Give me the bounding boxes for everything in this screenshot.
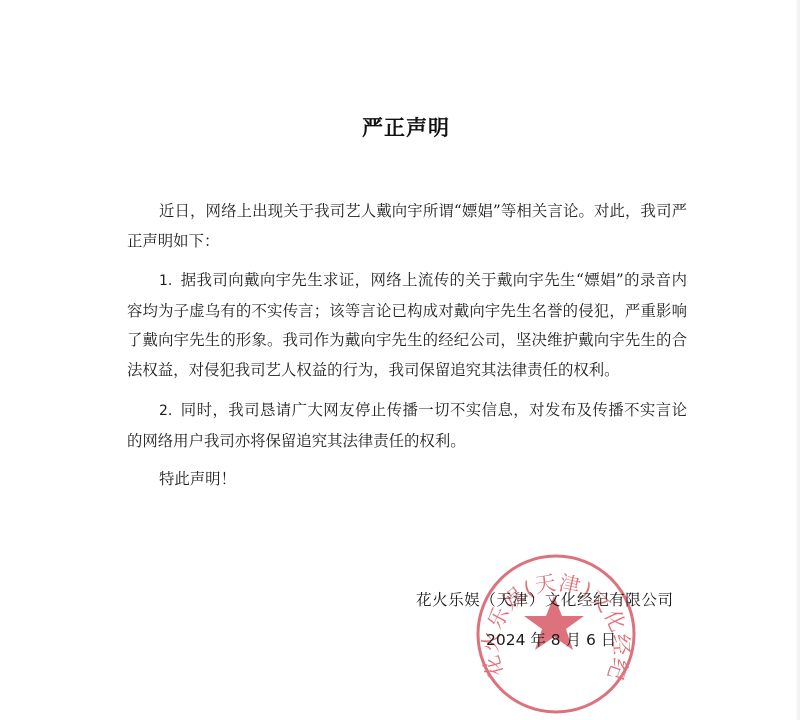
statement-item-1: 1.据我司向戴向宇先生求证，网络上流传的关于戴向宇先生“嫖娼”的录音内容均为子虚…	[127, 266, 687, 385]
page-edge	[796, 0, 800, 720]
closing-line: 特此声明！	[127, 465, 687, 495]
item-number: 2.	[159, 403, 172, 419]
intro-paragraph: 近日，网络上出现关于我司艺人戴向宇所谓“嫖娼”等相关言论。对此，我司严正声明如下…	[127, 197, 687, 256]
item-text: 据我司向戴向宇先生求证，网络上流传的关于戴向宇先生“嫖娼”的录音内容均为子虚乌有…	[127, 271, 687, 379]
item-text: 同时，我司恳请广大网友停止传播一切不实信息，对发布及传播不实言论的网络用户我司亦…	[127, 401, 687, 450]
item-number: 1.	[159, 273, 172, 289]
company-signature: 花火乐娱（天津）文化经纪有限公司	[416, 588, 674, 610]
statement-item-2: 2.同时，我司恳请广大网友停止传播一切不实信息，对发布及传播不实言论的网络用户我…	[127, 396, 687, 456]
document-title: 严正声明	[0, 112, 800, 142]
signature-date: 2024 年 8 月 6 日	[486, 628, 616, 650]
closing-text: 特此声明！	[159, 470, 236, 488]
intro-text: 近日，网络上出现关于我司艺人戴向宇所谓“嫖娼”等相关言论。对此，我司严正声明如下…	[127, 202, 687, 250]
